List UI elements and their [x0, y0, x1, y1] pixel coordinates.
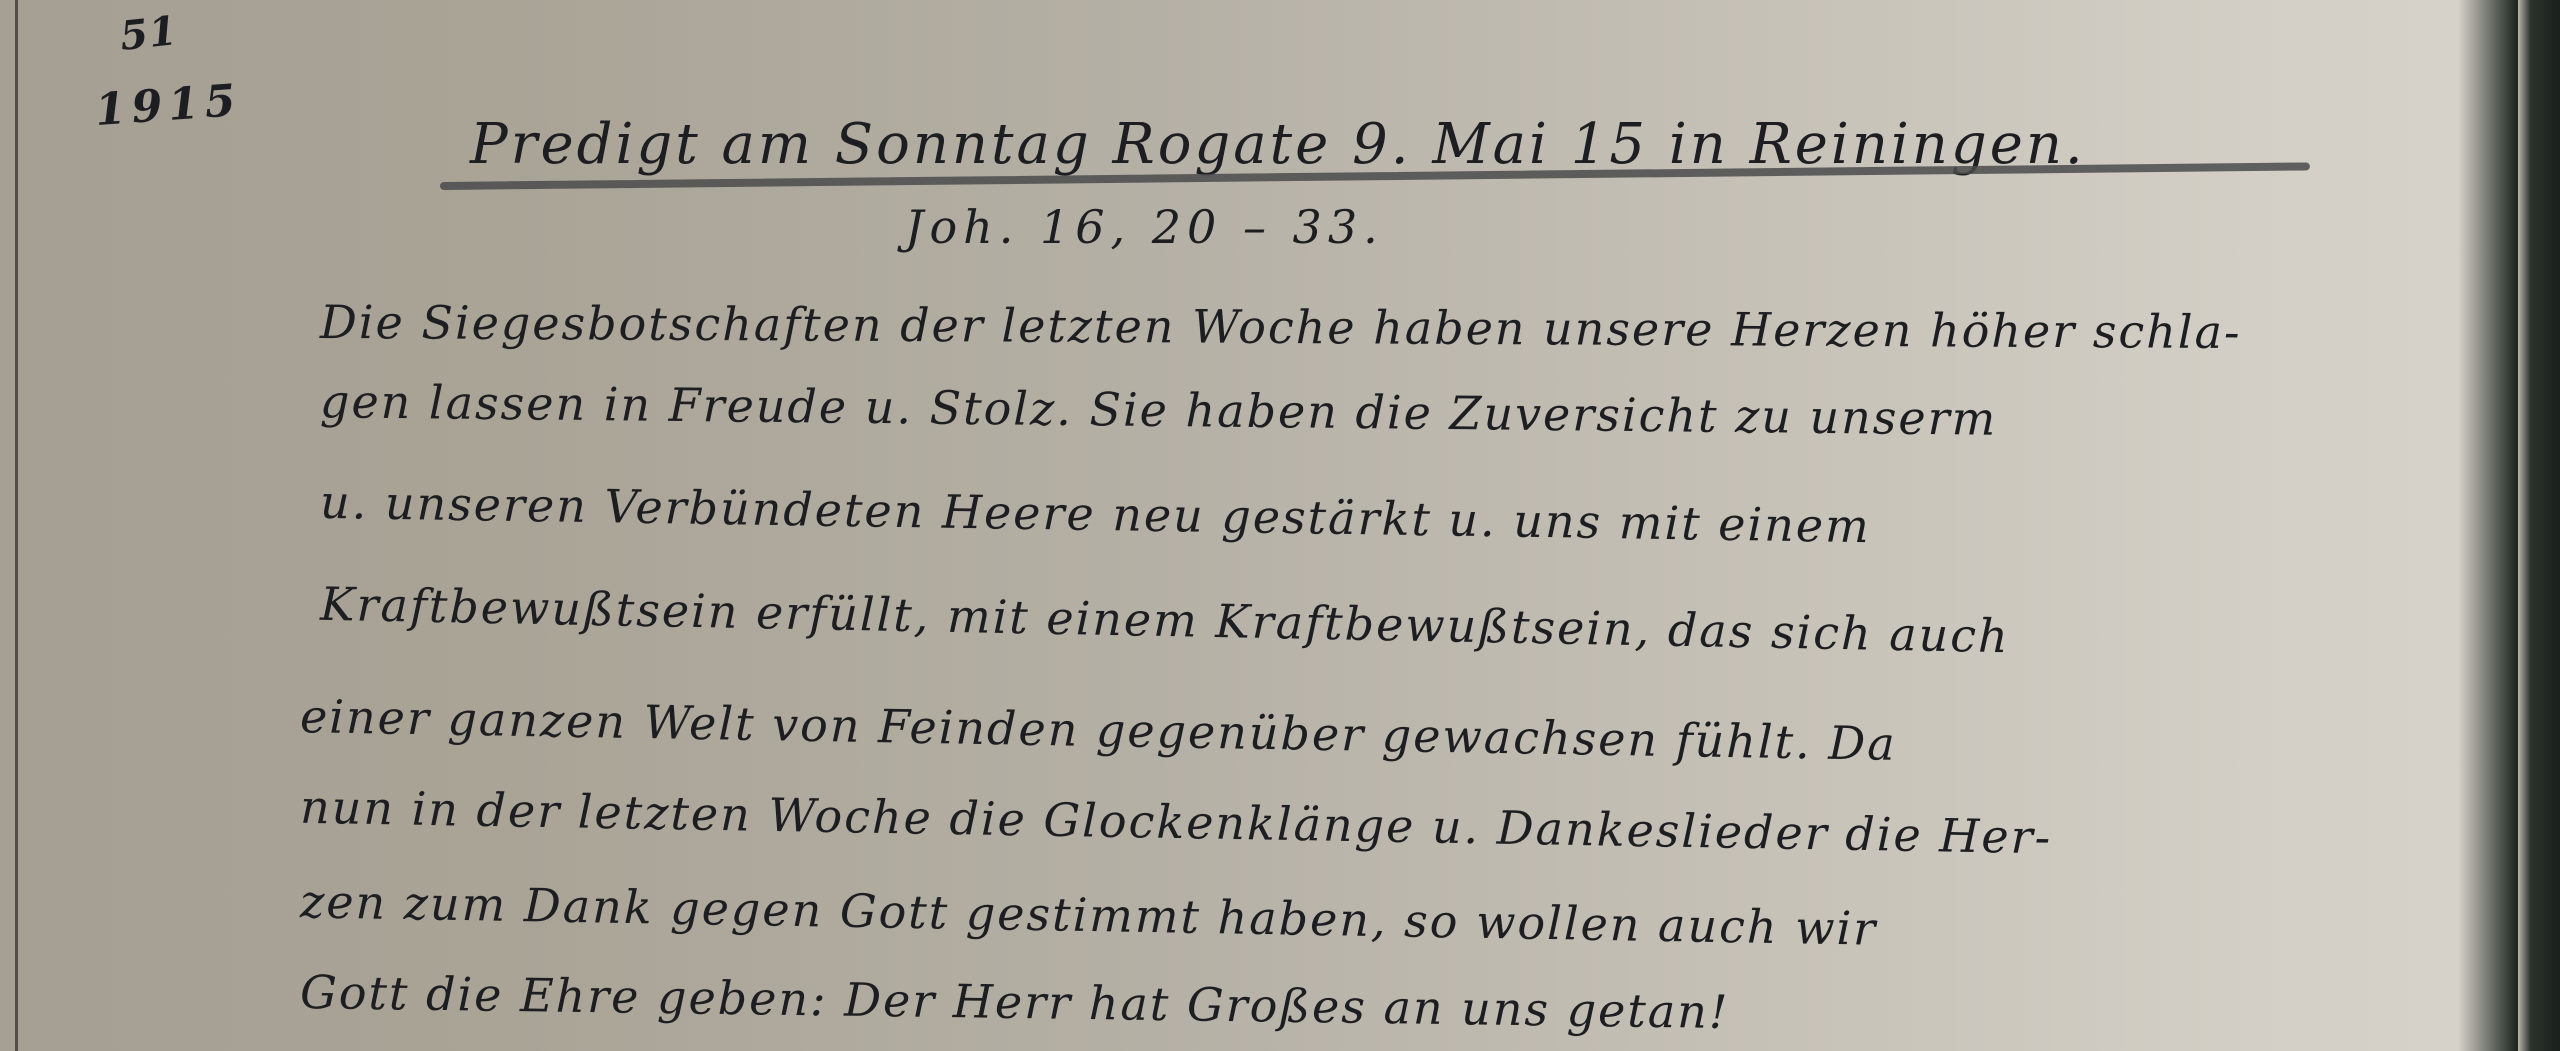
body-line-1: Die Siegesbotschaften der letzten Woche … — [320, 295, 2242, 359]
notebook-page: 51 1915 Predigt am Sonntag Rogate 9. Mai… — [0, 0, 2516, 1051]
body-line-6: nun in der letzten Woche die Glockenklän… — [300, 780, 2053, 865]
page-edge — [2518, 0, 2560, 1051]
margin-line — [15, 0, 18, 1051]
body-line-4: Kraftbewußtsein erfüllt, mit einem Kraft… — [320, 577, 2011, 663]
body-line-5: einer ganzen Welt von Feinden gegenüber … — [300, 689, 1898, 771]
body-line-2: gen lassen in Freude u. Stolz. Sie haben… — [320, 374, 1998, 446]
body-line-3: u. unseren Verbündeten Heere neu gestärk… — [320, 475, 1871, 553]
scripture-reference: Joh. 16, 20 – 33. — [905, 200, 1384, 254]
body-line-7: zen zum Dank gegen Gott gestimmt haben, … — [300, 874, 1878, 956]
body-line-8: Gott die Ehre geben: Der Herr hat Großes… — [300, 965, 1730, 1039]
page-number: 51 — [118, 7, 180, 60]
year-annotation: 1915 — [93, 75, 243, 136]
